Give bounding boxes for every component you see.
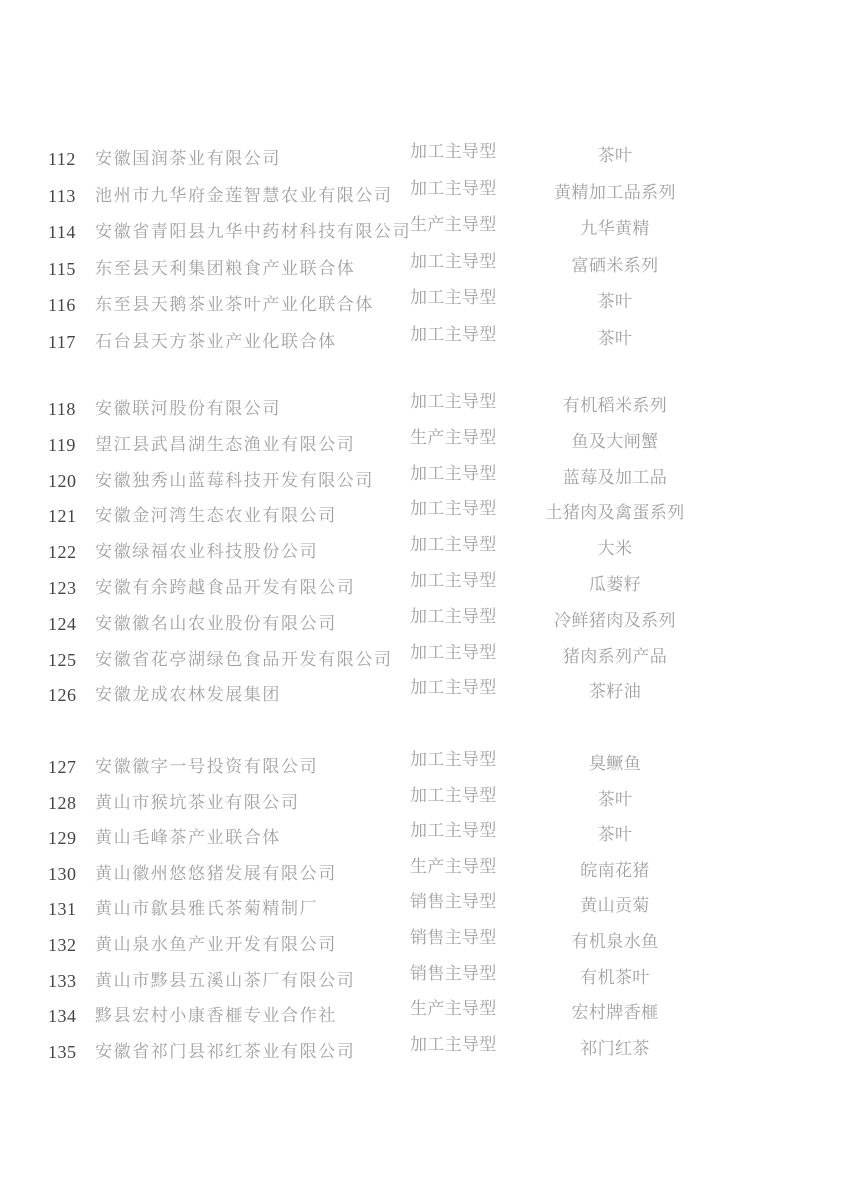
company-name: 安徽绿福农业科技股份公司 <box>95 541 318 563</box>
table-row: 114安徽省青阳县九华中药材科技有限公司生产主导型九华黄精 <box>0 221 848 247</box>
product-name: 蓝莓及加工品 <box>512 467 718 489</box>
company-name: 安徽国润茶业有限公司 <box>95 148 281 170</box>
company-name: 安徽有余跨越食品开发有限公司 <box>95 577 355 599</box>
union-type-label: 加工主导型 <box>410 785 506 807</box>
table-row: 125安徽省花亭湖绿色食品开发有限公司加工主导型猪肉系列产品 <box>0 649 848 675</box>
company-name: 安徽徽名山农业股份有限公司 <box>95 613 337 635</box>
row-number: 113 <box>48 185 92 207</box>
row-number: 118 <box>48 398 92 420</box>
company-name: 望江县武昌湖生态渔业有限公司 <box>95 434 355 456</box>
product-name: 黄山贡菊 <box>512 895 718 917</box>
row-number: 125 <box>48 649 92 671</box>
row-number: 128 <box>48 792 92 814</box>
table-row: 112安徽国润茶业有限公司加工主导型茶叶 <box>0 148 848 174</box>
product-name: 祁门红茶 <box>512 1038 718 1060</box>
product-name: 茶籽油 <box>512 681 718 703</box>
product-name: 茶叶 <box>512 789 718 811</box>
table-row: 116东至县天鹅茶业茶叶产业化联合体加工主导型茶叶 <box>0 294 848 320</box>
union-type-label: 加工主导型 <box>410 463 506 485</box>
table-row: 121安徽金河湾生态农业有限公司加工主导型土猪肉及禽蛋系列 <box>0 505 848 531</box>
product-name: 茶叶 <box>512 145 718 167</box>
company-name: 安徽徽字一号投资有限公司 <box>95 756 318 778</box>
company-name: 黄山泉水鱼产业开发有限公司 <box>95 934 337 956</box>
row-number: 126 <box>48 684 92 706</box>
union-type-label: 销售主导型 <box>410 891 506 913</box>
union-type-label: 生产主导型 <box>410 214 506 236</box>
table-row: 122安徽绿福农业科技股份公司加工主导型大米 <box>0 541 848 567</box>
union-type-label: 销售主导型 <box>410 963 506 985</box>
table-row: 130黄山徽州悠悠猪发展有限公司生产主导型皖南花猪 <box>0 863 848 889</box>
company-name: 安徽独秀山蓝莓科技开发有限公司 <box>95 470 374 492</box>
row-number: 119 <box>48 434 92 456</box>
company-name: 安徽联河股份有限公司 <box>95 398 281 420</box>
row-number: 123 <box>48 577 92 599</box>
table-row: 124安徽徽名山农业股份有限公司加工主导型冷鲜猪肉及系列 <box>0 613 848 639</box>
table-row: 133黄山市黟县五溪山茶厂有限公司销售主导型有机茶叶 <box>0 970 848 996</box>
company-name: 黄山市黟县五溪山茶厂有限公司 <box>95 970 355 992</box>
row-number: 132 <box>48 934 92 956</box>
union-type-label: 生产主导型 <box>410 856 506 878</box>
table-row: 115东至县天利集团粮食产业联合体加工主导型富硒米系列 <box>0 258 848 284</box>
table-row: 132黄山泉水鱼产业开发有限公司销售主导型有机泉水鱼 <box>0 934 848 960</box>
row-number: 127 <box>48 756 92 778</box>
company-name: 安徽省花亭湖绿色食品开发有限公司 <box>95 649 393 671</box>
product-name: 有机茶叶 <box>512 967 718 989</box>
company-name: 黄山毛峰茶产业联合体 <box>95 827 281 849</box>
product-name: 茶叶 <box>512 824 718 846</box>
row-number: 112 <box>48 148 92 170</box>
row-number: 135 <box>48 1041 92 1063</box>
union-type-label: 生产主导型 <box>410 998 506 1020</box>
row-number: 133 <box>48 970 92 992</box>
company-name: 黟县宏村小康香榧专业合作社 <box>95 1005 337 1027</box>
table-row: 134黟县宏村小康香榧专业合作社生产主导型宏村牌香榧 <box>0 1005 848 1031</box>
row-number: 124 <box>48 613 92 635</box>
union-type-label: 加工主导型 <box>410 287 506 309</box>
union-type-label: 加工主导型 <box>410 534 506 556</box>
row-number: 122 <box>48 541 92 563</box>
table-row: 117石台县天方茶业产业化联合体加工主导型茶叶 <box>0 331 848 357</box>
product-name: 土猪肉及禽蛋系列 <box>512 502 718 524</box>
product-name: 臭鳜鱼 <box>512 753 718 775</box>
union-type-label: 加工主导型 <box>410 570 506 592</box>
row-number: 116 <box>48 294 92 316</box>
company-name: 黄山市歙县雅氏茶菊精制厂 <box>95 898 318 920</box>
product-name: 有机泉水鱼 <box>512 931 718 953</box>
product-name: 皖南花猪 <box>512 860 718 882</box>
union-type-label: 加工主导型 <box>410 1034 506 1056</box>
table-row: 123安徽有余跨越食品开发有限公司加工主导型瓜蒌籽 <box>0 577 848 603</box>
row-number: 129 <box>48 827 92 849</box>
product-name: 茶叶 <box>512 328 718 350</box>
union-type-label: 加工主导型 <box>410 820 506 842</box>
union-type-label: 加工主导型 <box>410 251 506 273</box>
table-row: 131黄山市歙县雅氏茶菊精制厂销售主导型黄山贡菊 <box>0 898 848 924</box>
product-name: 九华黄精 <box>512 218 718 240</box>
company-name: 池州市九华府金莲智慧农业有限公司 <box>95 185 393 207</box>
company-name: 黄山徽州悠悠猪发展有限公司 <box>95 863 337 885</box>
product-name: 冷鲜猪肉及系列 <box>512 610 718 632</box>
union-type-label: 加工主导型 <box>410 642 506 664</box>
company-name: 东至县天鹅茶业茶叶产业化联合体 <box>95 294 374 316</box>
union-type-label: 加工主导型 <box>410 324 506 346</box>
product-name: 瓜蒌籽 <box>512 574 718 596</box>
product-name: 鱼及大闸蟹 <box>512 431 718 453</box>
table-row: 113池州市九华府金莲智慧农业有限公司加工主导型黄精加工品系列 <box>0 185 848 211</box>
product-name: 有机稻米系列 <box>512 395 718 417</box>
scanned-document-page: 112安徽国润茶业有限公司加工主导型茶叶113池州市九华府金莲智慧农业有限公司加… <box>0 0 848 1200</box>
table-row: 120安徽独秀山蓝莓科技开发有限公司加工主导型蓝莓及加工品 <box>0 470 848 496</box>
product-name: 宏村牌香榧 <box>512 1002 718 1024</box>
company-name: 安徽龙成农林发展集团 <box>95 684 281 706</box>
row-number: 115 <box>48 258 92 280</box>
union-type-label: 加工主导型 <box>410 141 506 163</box>
row-number: 131 <box>48 898 92 920</box>
row-number: 134 <box>48 1005 92 1027</box>
product-name: 大米 <box>512 538 718 560</box>
row-number: 120 <box>48 470 92 492</box>
union-type-label: 加工主导型 <box>410 391 506 413</box>
union-type-label: 加工主导型 <box>410 677 506 699</box>
company-name: 东至县天利集团粮食产业联合体 <box>95 258 355 280</box>
product-name: 黄精加工品系列 <box>512 182 718 204</box>
company-name: 安徽金河湾生态农业有限公司 <box>95 505 337 527</box>
table-row: 119望江县武昌湖生态渔业有限公司生产主导型鱼及大闸蟹 <box>0 434 848 460</box>
company-name: 安徽省青阳县九华中药材科技有限公司 <box>95 221 411 243</box>
union-type-label: 加工主导型 <box>410 606 506 628</box>
table-row: 127安徽徽字一号投资有限公司加工主导型臭鳜鱼 <box>0 756 848 782</box>
row-number: 130 <box>48 863 92 885</box>
table-row: 129黄山毛峰茶产业联合体加工主导型茶叶 <box>0 827 848 853</box>
union-type-label: 生产主导型 <box>410 427 506 449</box>
union-type-label: 销售主导型 <box>410 927 506 949</box>
row-number: 114 <box>48 221 92 243</box>
company-name: 石台县天方茶业产业化联合体 <box>95 331 337 353</box>
union-type-label: 加工主导型 <box>410 749 506 771</box>
row-number: 117 <box>48 331 92 353</box>
table-row: 128黄山市猴坑茶业有限公司加工主导型茶叶 <box>0 792 848 818</box>
company-name: 安徽省祁门县祁红茶业有限公司 <box>95 1041 355 1063</box>
table-row: 126安徽龙成农林发展集团加工主导型茶籽油 <box>0 684 848 710</box>
company-name: 黄山市猴坑茶业有限公司 <box>95 792 300 814</box>
product-name: 茶叶 <box>512 291 718 313</box>
table-row: 135安徽省祁门县祁红茶业有限公司加工主导型祁门红茶 <box>0 1041 848 1067</box>
table-row: 118安徽联河股份有限公司加工主导型有机稻米系列 <box>0 398 848 424</box>
union-type-label: 加工主导型 <box>410 498 506 520</box>
product-name: 猪肉系列产品 <box>512 646 718 668</box>
row-number: 121 <box>48 505 92 527</box>
union-type-label: 加工主导型 <box>410 178 506 200</box>
product-name: 富硒米系列 <box>512 255 718 277</box>
